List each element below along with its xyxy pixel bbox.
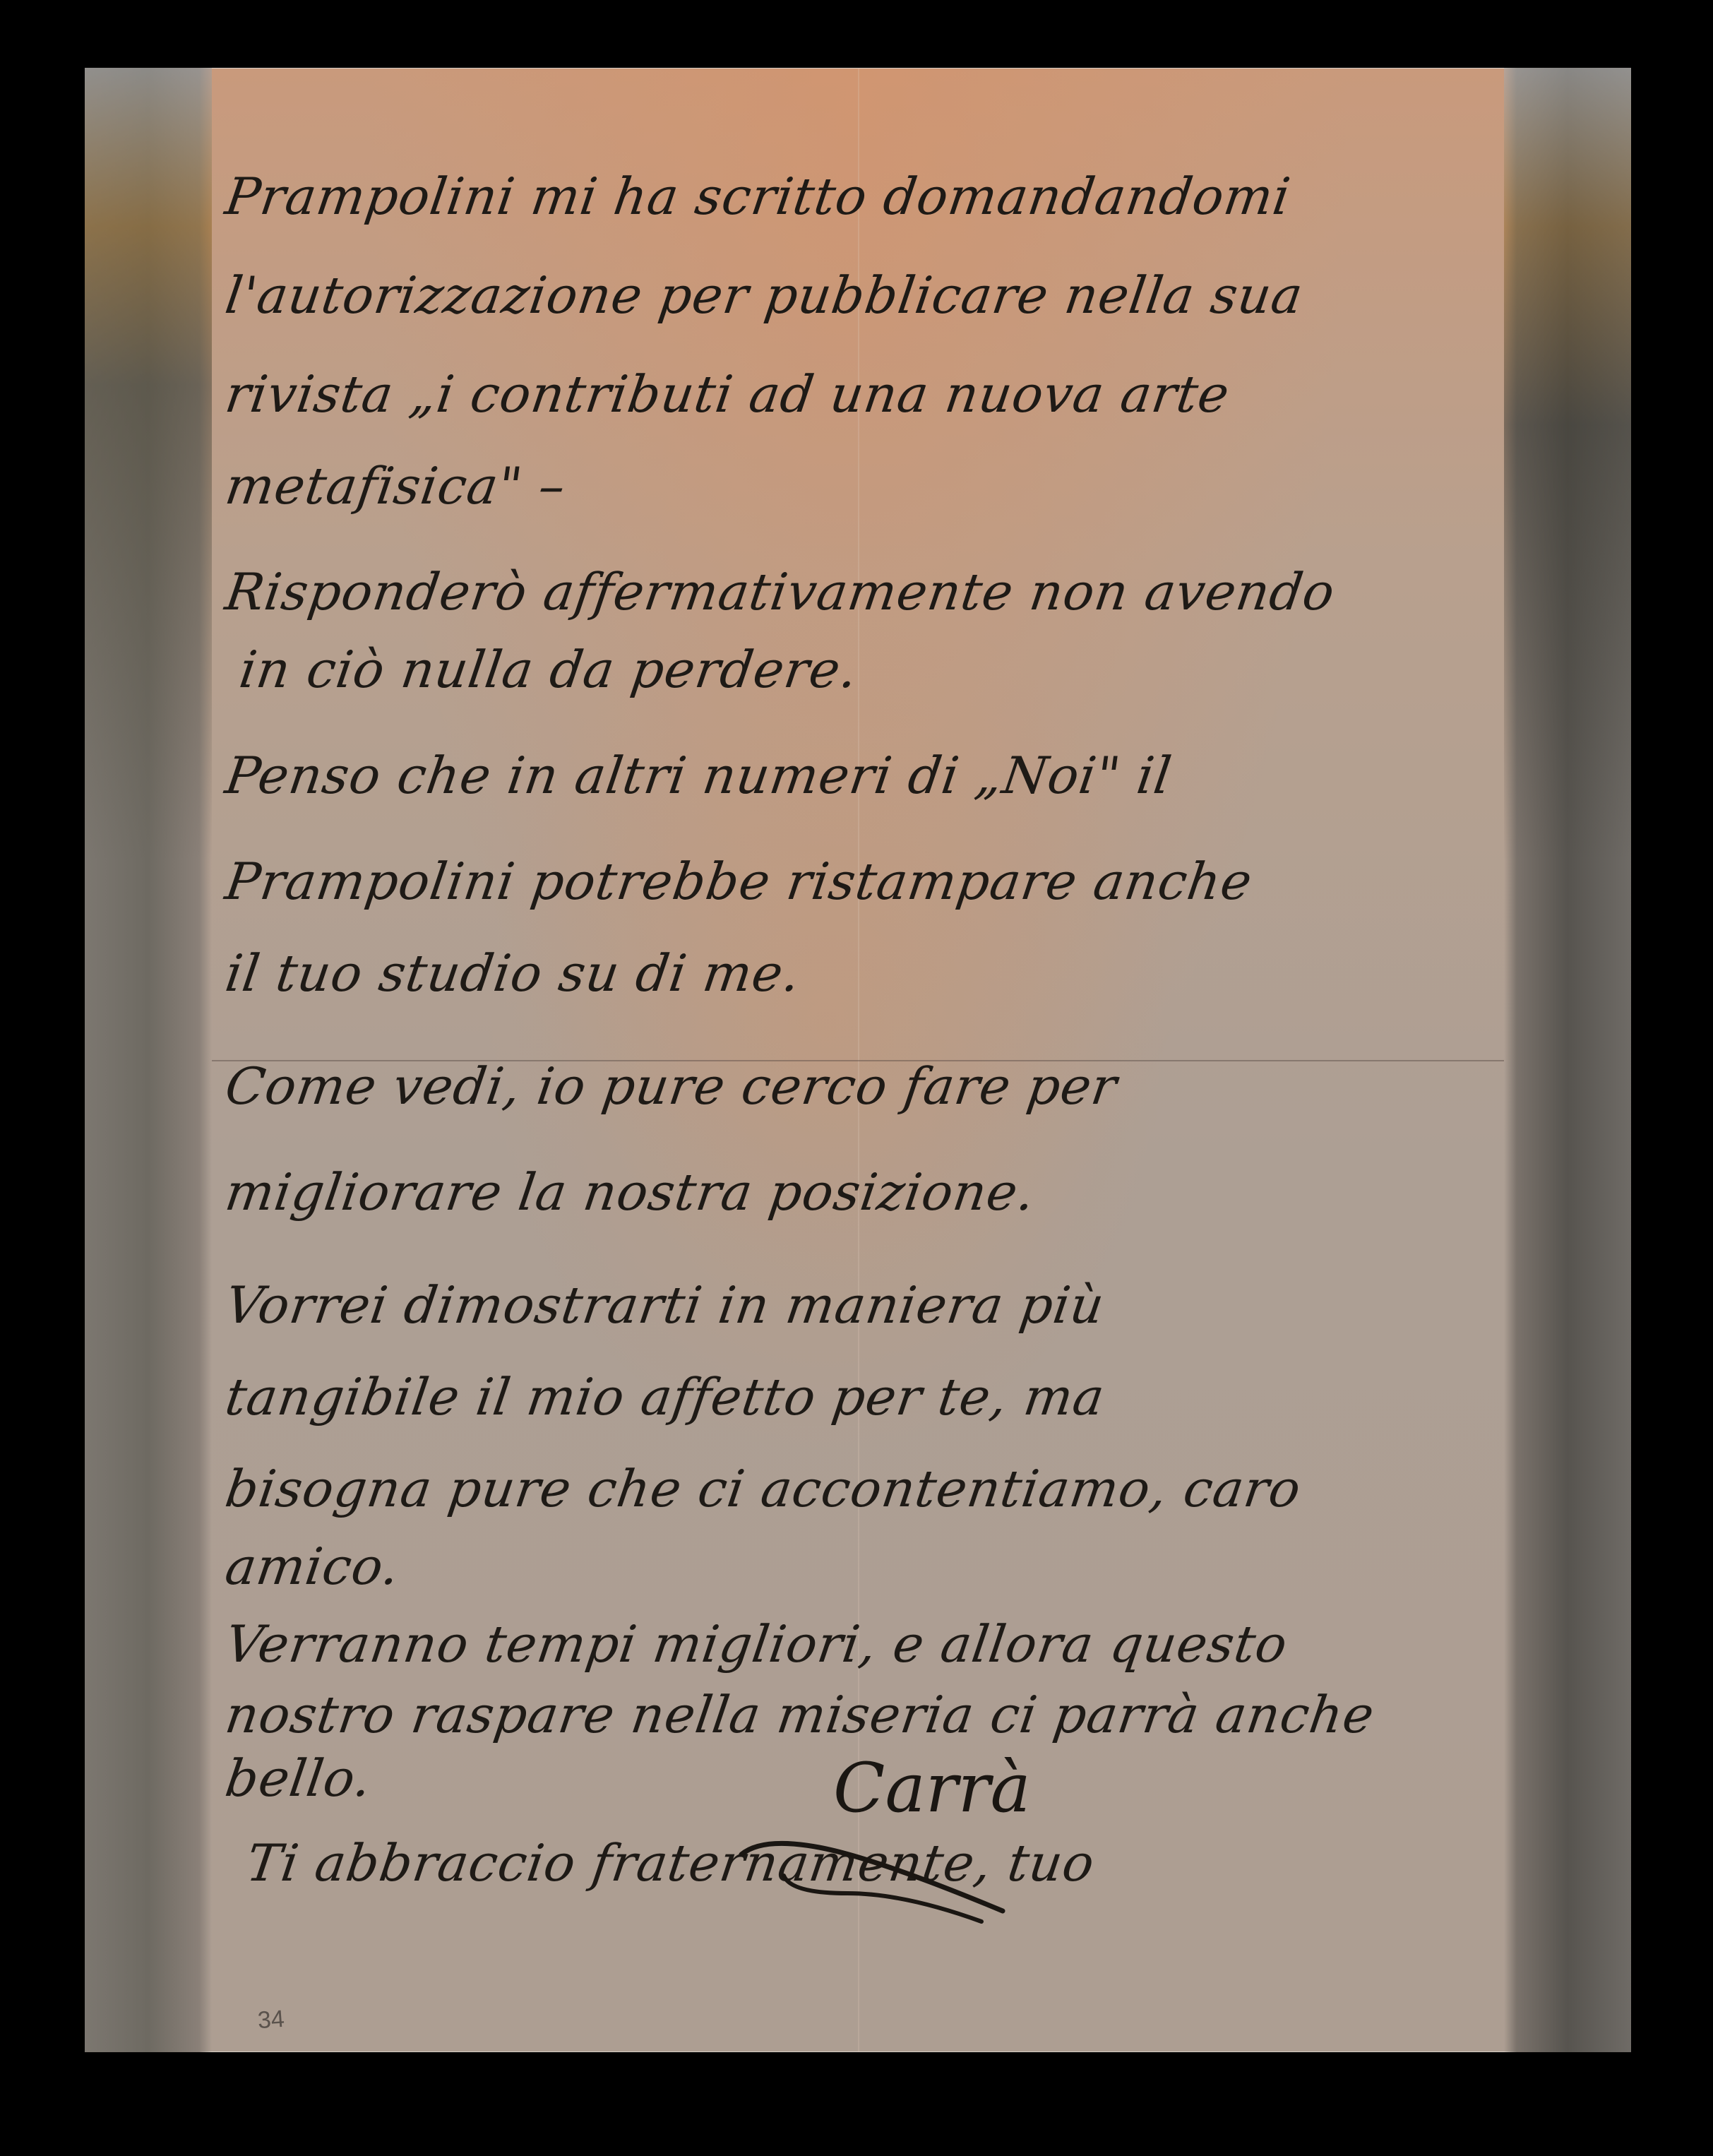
letter-sheet: Prampolini mi ha scritto domandandomi l'… — [85, 68, 1631, 2052]
letter-line: l'autorizzazione per pubblicare nella su… — [222, 266, 1307, 325]
letter-line: in ciò nulla da perdere. — [236, 640, 861, 699]
letter-line: Prampolini mi ha scritto domandandomi — [222, 167, 1294, 226]
letter-line: Vorrei dimostrarti in maniera più — [222, 1275, 1108, 1335]
letter-line: Verranno tempi migliori, e allora questo — [222, 1614, 1291, 1674]
archive-pencil-number: 34 — [257, 2006, 285, 2035]
letter-line: Come vedi, io pure cerco fare per — [222, 1056, 1121, 1116]
letter-line: Prampolini potrebbe ristampare anche — [222, 852, 1256, 911]
letter-line: Risponderò affermativamente non avendo — [222, 562, 1339, 621]
letter-line: Penso che in altri numeri di „Noi" il — [222, 746, 1176, 805]
letter-line: migliorare la nostra posizione. — [222, 1162, 1039, 1222]
letter-line: tangibile il mio affetto per te, ma — [222, 1367, 1109, 1427]
letter-line: il tuo studio su di me. — [222, 943, 804, 1003]
letter-line: metafisica" – — [222, 456, 569, 516]
right-tape-strip — [1504, 68, 1631, 2052]
letter-line: bisogna pure che ci accontentiamo, caro — [222, 1459, 1305, 1518]
letter-line: nostro raspare nella miseria ci parrà an… — [222, 1685, 1378, 1744]
letter-line: bello. — [222, 1749, 376, 1808]
signature-block: Carrà — [720, 1749, 1214, 1932]
letter-line: rivista „i contributi ad una nuova arte — [222, 364, 1234, 424]
signature-flourish-icon — [734, 1826, 1130, 1925]
letter-line: amico. — [222, 1537, 403, 1596]
signature: Carrà — [833, 1749, 1031, 1828]
left-tape-strip — [85, 68, 212, 2052]
